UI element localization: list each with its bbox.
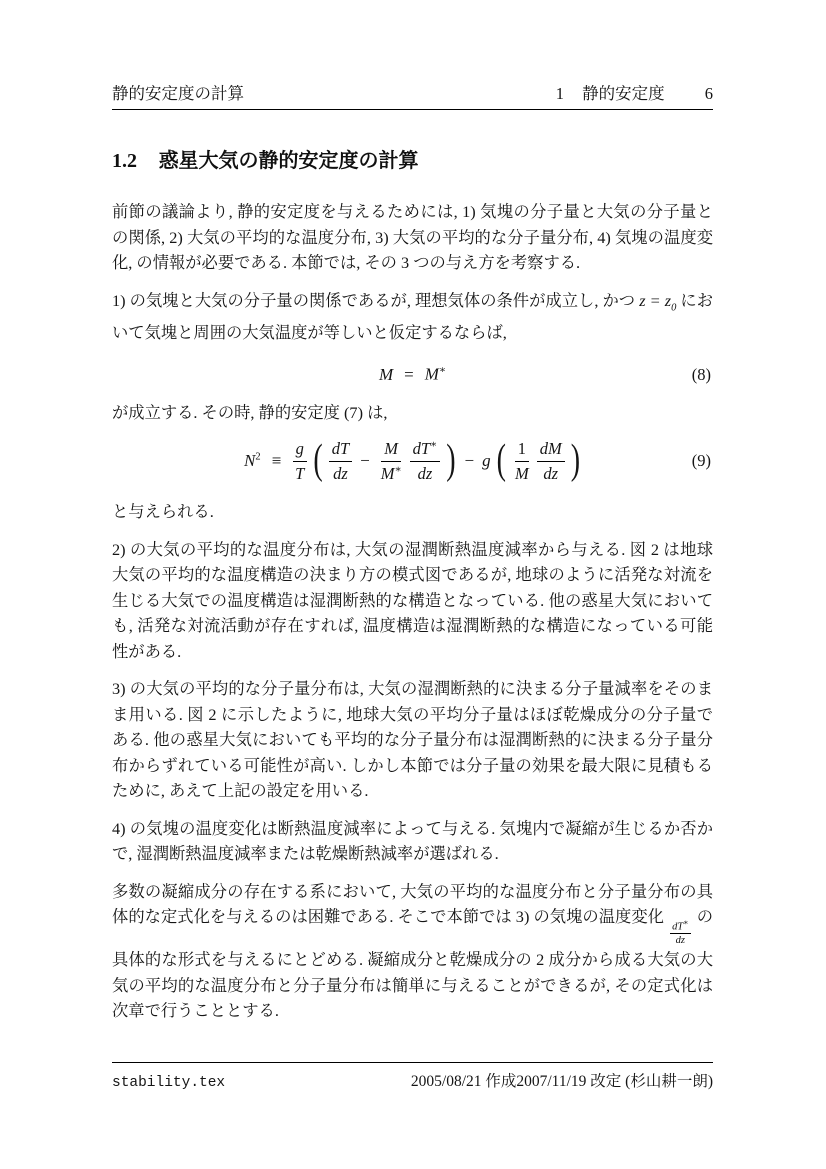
equation-8: M = M∗ (8)	[112, 360, 713, 390]
left-paren: (	[497, 428, 506, 494]
inline-fraction-numerator: dT∗	[670, 918, 691, 935]
paragraph-intro: 前節の議論より, 静的安定度を与えるためには, 1) 気塊の分子量と大気の分子量…	[112, 199, 713, 276]
numerator-dTstar: dT∗	[410, 439, 441, 462]
equals-sign: =	[404, 365, 414, 385]
header-left-title: 静的安定度の計算	[112, 80, 244, 104]
section-title-text: 惑星大気の静的安定度の計算	[159, 150, 419, 172]
fraction-dTstar-over-dz: dT∗ dz	[410, 439, 441, 484]
section-number: 1.2	[112, 150, 137, 172]
text-column: 静的安定度の計算 1 静的安定度 6 1.2 惑星大気の静的安定度の計算 前節の…	[112, 80, 713, 1024]
fraction-dM-over-dz: dM dz	[537, 439, 565, 484]
equiv-sign: ≡	[272, 451, 282, 471]
paragraph-point2: 2) の大気の平均的な温度分布は, 大気の湿潤断熱温度減率から与える. 図 2 …	[112, 537, 713, 665]
inline-fraction-denominator: dz	[676, 934, 685, 947]
gravity-coefficient: g	[482, 451, 491, 471]
eq8-rhs: M∗	[425, 364, 446, 385]
inline-math-z: z = z	[639, 291, 671, 310]
fraction-dT-over-dz: dT dz	[329, 439, 352, 484]
running-header: 静的安定度の計算 1 静的安定度 6	[112, 80, 713, 110]
right-paren: )	[571, 428, 580, 494]
paragraph-point4: 4) の気塊の温度変化は断熱温度減率によって与える. 気塊内で凝縮が生じるか否か…	[112, 816, 713, 867]
paragraph-between-equations: が成立する. その時, 静的安定度 (7) は,	[112, 400, 713, 426]
page-footer: stability.tex 2005/08/21 作成2007/11/19 改定…	[112, 1062, 713, 1091]
right-paren: )	[446, 428, 455, 494]
equation-9-body: N2 ≡ g T ( dT dz − M M∗ dT∗ dz	[244, 439, 581, 484]
header-page-number: 6	[705, 84, 713, 103]
equation-9-tag: (9)	[692, 451, 711, 471]
fraction-g-over-T: g T	[292, 439, 307, 484]
inline-fraction-dTstar-over-dz: dT∗dz	[670, 918, 691, 948]
footer-revision-info: 2005/08/21 作成2007/11/19 改定 (杉山耕一朗)	[411, 1069, 713, 1091]
paragraph-conclusion: 多数の凝縮成分の存在する系において, 大気の平均的な温度分布と分子量分布の具体的…	[112, 879, 713, 1024]
paragraph-point3: 3) の大気の平均的な分子量分布は, 大気の湿潤断熱的に決まる分子量減率をそのま…	[112, 676, 713, 804]
eq8-lhs: M	[379, 365, 393, 385]
paragraph-conclusion-text: 多数の凝縮成分の存在する系において, 大気の平均的な温度分布と分子量分布の具体的…	[112, 882, 713, 927]
equation-9: N2 ≡ g T ( dT dz − M M∗ dT∗ dz	[112, 435, 713, 487]
header-chapter-title: 静的安定度	[582, 84, 665, 103]
eq9-lhs: N2	[244, 451, 261, 471]
minus-sign: −	[465, 451, 475, 471]
header-chapter-number: 1	[556, 84, 564, 103]
paragraph-point1: 1) の気塊と大気の分子量の関係であるが, 理想気体の条件が成立し, かつ z …	[112, 288, 713, 346]
footer-filename: stability.tex	[112, 1075, 225, 1091]
section-heading: 1.2 惑星大気の静的安定度の計算	[112, 144, 713, 173]
equation-8-body: M = M∗	[379, 364, 446, 385]
minus-sign: −	[360, 451, 370, 471]
fraction-1-over-M: 1 M	[512, 439, 532, 484]
document-page: 静的安定度の計算 1 静的安定度 6 1.2 惑星大気の静的安定度の計算 前節の…	[0, 0, 826, 1169]
paragraph-given-by: と与えられる.	[112, 499, 713, 525]
header-right: 1 静的安定度 6	[556, 80, 713, 104]
left-paren: (	[313, 428, 322, 494]
fraction-M-over-Mstar: M M∗	[378, 439, 405, 484]
equation-8-tag: (8)	[692, 365, 711, 385]
denominator-Mstar: M∗	[378, 462, 405, 484]
paragraph-point1-text: 1) の気塊と大気の分子量の関係であるが, 理想気体の条件が成立し, かつ	[112, 291, 639, 310]
